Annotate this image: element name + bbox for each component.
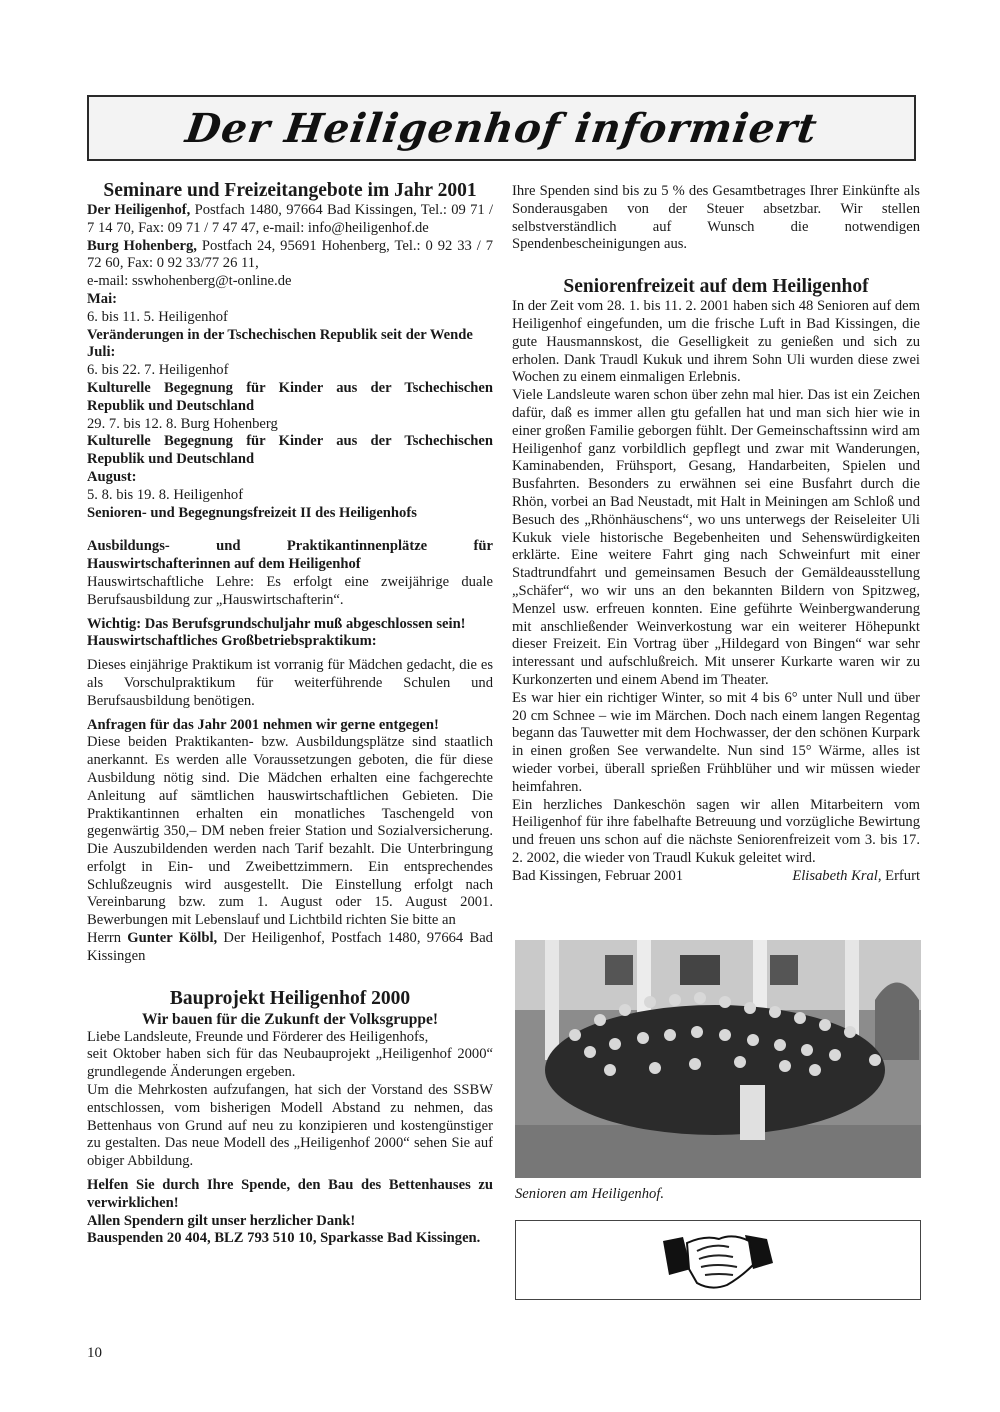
spenden-text: Ihre Spenden sind bis zu 5 % des Gesamtb…: [512, 183, 920, 254]
event-month: Mai:: [87, 291, 493, 309]
bauprojekt-paragraph: seit Oktober haben sich für das Neubaupr…: [87, 1046, 493, 1082]
event-date: 6. bis 22. 7. Heiligenhof: [87, 362, 493, 380]
bauprojekt-appeal: Helfen Sie durch Ihre Spende, den Bau de…: [87, 1177, 493, 1213]
masthead-banner: Der Heiligenhof informiert: [87, 95, 916, 161]
contact-heiligenhof: Der Heiligenhof, Postfach 1480, 97664 Ba…: [87, 202, 493, 238]
handshake-icon: [653, 1229, 783, 1291]
masthead-title: Der Heiligenhof informiert: [183, 105, 821, 152]
contact-hohenberg-email: e-mail: sswhohenberg@t-online.de: [87, 273, 493, 291]
event-title: Kulturelle Begegnung für Kinder aus der …: [87, 433, 493, 469]
event-month: Juli:: [87, 344, 493, 362]
event-title: Senioren- und Begegnungsfreizeit II des …: [87, 505, 493, 523]
contact-hohenberg: Burg Hohenberg, Postfach 24, 95691 Hohen…: [87, 238, 493, 274]
author-city: Erfurt: [882, 868, 921, 884]
event-date: 6. bis 11. 5. Heiligenhof: [87, 309, 493, 327]
contact-person: Gunter Kölbl,: [127, 930, 217, 946]
bauprojekt-greeting: Liebe Landsleute, Freunde und Förderer d…: [87, 1029, 493, 1047]
senioren-heading: Seniorenfreizeit auf dem Heiligenhof: [512, 276, 920, 298]
contact-hohenberg-name: Burg Hohenberg,: [87, 238, 197, 254]
bauprojekt-thanks: Allen Spendern gilt unser herzlicher Dan…: [87, 1213, 493, 1231]
bauprojekt-subheading: Wir bauen für die Zukunft der Volksgrupp…: [87, 1010, 493, 1029]
photo-caption: Senioren am Heiligenhof.: [515, 1186, 664, 1203]
ausbildung-wichtig: Wichtig: Das Berufsgrundschuljahr muß ab…: [87, 616, 493, 634]
senioren-paragraph: Viele Landsleute waren schon über zehn m…: [512, 387, 920, 690]
contact-prefix: Herrn: [87, 930, 127, 946]
event-date: 29. 7. bis 12. 8. Burg Hohenberg: [87, 416, 493, 434]
bauprojekt-paragraph: Um die Mehrkosten aufzufangen, hat sich …: [87, 1082, 493, 1171]
ausbildung-heading: Ausbildungs- und Praktikantinnenplätze f…: [87, 538, 493, 574]
group-photo: [515, 940, 921, 1178]
signature-row: Bad Kissingen, Februar 2001 Elisabeth Kr…: [512, 868, 920, 886]
anfragen-text: Anfragen für das Jahr 2001 nehmen wir ge…: [87, 717, 493, 735]
right-column: Ihre Spenden sind bis zu 5 % des Gesamtb…: [512, 183, 920, 885]
praktikum-text: Dieses einjährige Praktikum ist vorranig…: [87, 657, 493, 710]
page-number: 10: [87, 1345, 102, 1362]
praktikum-heading: Hauswirtschaftliches Großbetriebspraktik…: [87, 633, 493, 651]
event-title: Kulturelle Begegnung für Kinder aus der …: [87, 380, 493, 416]
senioren-paragraph: Es war hier ein richtiger Winter, so mit…: [512, 690, 920, 797]
contact-heiligenhof-name: Der Heiligenhof,: [87, 202, 190, 218]
ausbildung-contact: Herrn Gunter Kölbl, Der Heiligenhof, Pos…: [87, 930, 493, 966]
handshake-box: [515, 1220, 921, 1300]
group-photo-image: [515, 940, 921, 1178]
seminare-heading: Seminare und Freizeitangebote im Jahr 20…: [87, 180, 493, 202]
event-date: 5. 8. bis 19. 8. Heiligenhof: [87, 487, 493, 505]
author: Elisabeth Kral, Erfurt: [792, 868, 920, 886]
left-column: Seminare und Freizeitangebote im Jahr 20…: [87, 180, 493, 1248]
bauprojekt-heading: Bauprojekt Heiligenhof 2000: [87, 988, 493, 1010]
ausbildung-details: Diese beiden Praktikanten- bzw. Ausbildu…: [87, 734, 493, 930]
senioren-paragraph: Ein herzliches Dankeschön sagen wir alle…: [512, 797, 920, 868]
event-month: August:: [87, 469, 493, 487]
author-name: Elisabeth Kral,: [792, 868, 881, 884]
event-title: Veränderungen in der Tschechischen Repub…: [87, 327, 493, 345]
bauprojekt-bank: Bauspenden 20 404, BLZ 793 510 10, Spark…: [87, 1230, 493, 1248]
senioren-paragraph: In der Zeit vom 28. 1. bis 11. 2. 2001 h…: [512, 298, 920, 387]
place-date: Bad Kissingen, Februar 2001: [512, 868, 683, 886]
ausbildung-lehre: Hauswirtschaftliche Lehre: Es erfolgt ei…: [87, 574, 493, 610]
